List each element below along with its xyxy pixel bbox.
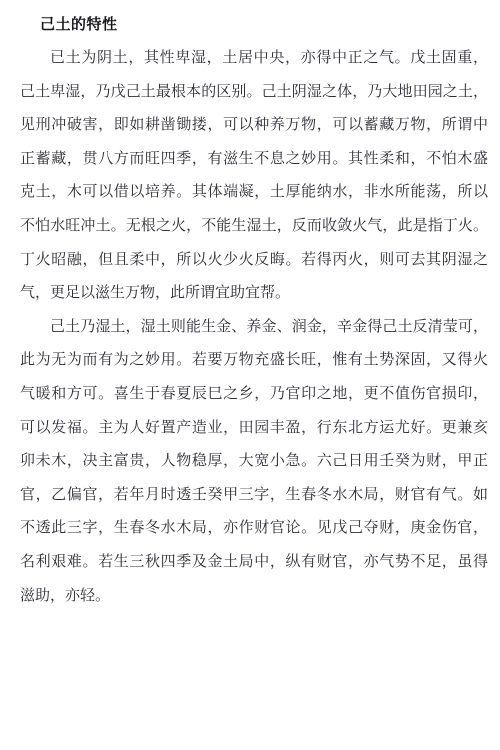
paragraph-2-line-8: 名利艰难。若生三秋四季及金土局中，纵有财官，亦气势不足，虽得 — [20, 545, 488, 579]
paragraph-1-line-6: 不怕水旺冲土。无根之火，不能生湿土，反而收敛火气，此是指丁火。 — [20, 209, 488, 243]
article-body: 已土为阴土，其性卑湿，土居中央，亦得中正之气。戊土固重，己土卑湿，乃戊己土最根本… — [20, 41, 488, 612]
paragraph-2-line-6: 官，乙偏官，若年月时透壬癸甲三字，生春冬水木局，财官有气。如 — [20, 478, 488, 512]
paragraph-2-line-4: 可以发福。主为人好置产造业，田园丰盈，行东北方运尤好。更兼亥 — [20, 411, 488, 445]
paragraph-1-line-1: 已土为阴土，其性卑湿，土居中央，亦得中正之气。戊土固重， — [20, 41, 488, 75]
paragraph-2-line-3: 气暖和方可。喜生于春夏辰巳之乡，乃官印之地，更不值伤官损印， — [20, 377, 488, 411]
paragraph-2-line-7: 不透此三字，生春冬水木局，亦作财官论。见戊己夺财，庚金伤官， — [20, 511, 488, 545]
paragraph-1-line-3: 见刑冲破害，即如耕凿锄搂，可以种养万物，可以蓄藏万物，所谓中 — [20, 108, 488, 142]
page-title: 己土的特性 — [40, 5, 488, 41]
paragraph-2-line-9: 滋助，亦轻。 — [20, 579, 488, 613]
paragraph-1-line-2: 己土卑湿，乃戊己土最根本的区别。己土阴湿之体，乃大地田园之土， — [20, 75, 488, 109]
paragraph-2-line-5: 卯未木，决主富贵，人物稳厚，大宽小急。六己日用壬癸为财，甲正 — [20, 444, 488, 478]
document-page: 己土的特性 已土为阴土，其性卑湿，土居中央，亦得中正之气。戊土固重，己土卑湿，乃… — [0, 0, 500, 750]
paragraph-1-line-5: 克土，木可以借以培养。其体端凝，土厚能纳水，非水所能荡，所以 — [20, 175, 488, 209]
paragraph-2-line-2: 此为无为而有为之妙用。若要万物充盛长旺，惟有土势深固，又得火 — [20, 343, 488, 377]
paragraph-1-line-8: 气，更足以滋生万物，此所谓宜助宜帮。 — [20, 276, 488, 310]
paragraph-1-line-7: 丁火昭融，但且柔中，所以火少火反晦。若得丙火，则可去其阴湿之 — [20, 243, 488, 277]
paragraph-2-line-1: 己土乃湿土，湿土则能生金、养金、润金，辛金得己土反清莹可， — [20, 310, 488, 344]
paragraph-1-line-4: 正蓄藏，贯八方而旺四季，有滋生不息之妙用。其性柔和，不怕木盛 — [20, 142, 488, 176]
